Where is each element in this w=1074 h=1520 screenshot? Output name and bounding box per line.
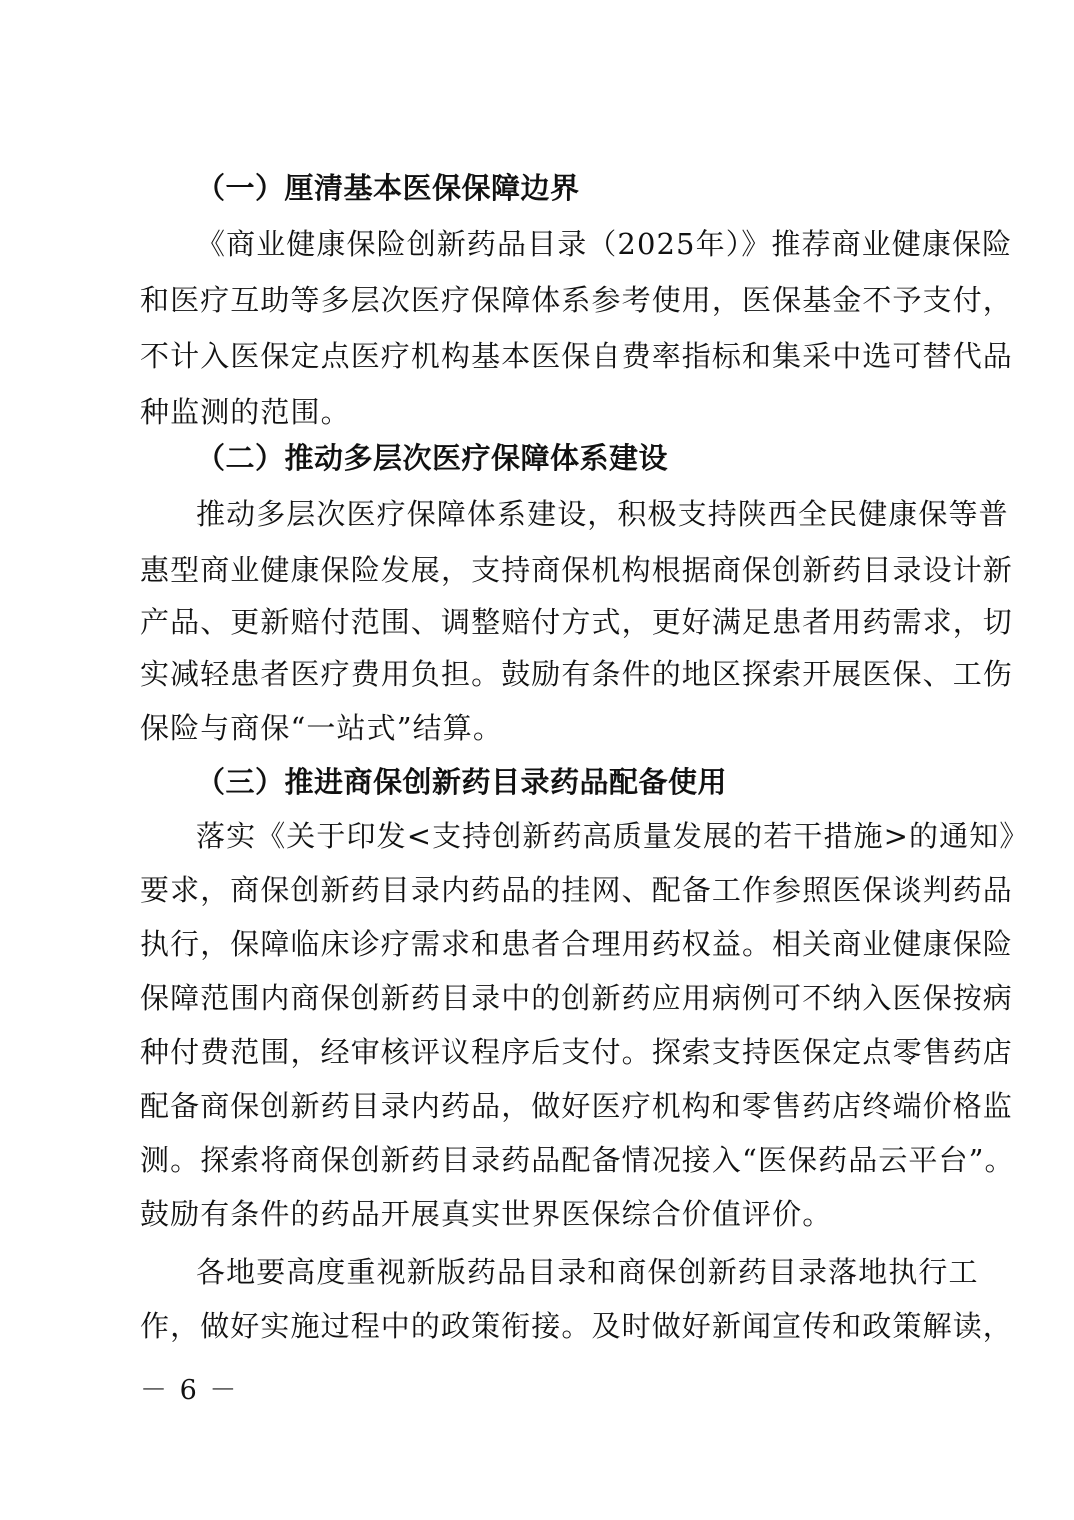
- section-heading-3: （三）推进商保创新药目录药品配备使用: [196, 760, 1006, 804]
- paragraph-line: 要求，商保创新药目录内药品的挂网、配备工作参照医保谈判药品: [140, 868, 950, 912]
- paragraph-line: 产品、更新赔付范围、调整赔付方式，更好满足患者用药需求，切: [140, 600, 950, 644]
- paragraph-line: 《商业健康保险创新药品目录（2025年）》推荐商业健康保险: [196, 222, 950, 266]
- paragraph-line: 种监测的范围。: [140, 390, 950, 434]
- paragraph-line: 惠型商业健康保险发展，支持商保机构根据商保创新药目录设计新: [140, 548, 950, 592]
- section-heading-1: （一）厘清基本医保保障边界: [196, 166, 1006, 210]
- paragraph-line: 各地要高度重视新版药品目录和商保创新药目录落地执行工: [196, 1250, 950, 1294]
- paragraph-line: 实减轻患者医疗费用负担。鼓励有条件的地区探索开展医保、工伤: [140, 652, 950, 696]
- paragraph-line: 推动多层次医疗保障体系建设，积极支持陕西全民健康保等普: [196, 492, 950, 536]
- paragraph-line: 执行，保障临床诊疗需求和患者合理用药权益。相关商业健康保险: [140, 922, 950, 966]
- paragraph-line: 配备商保创新药目录内药品，做好医疗机构和零售药店终端价格监: [140, 1084, 950, 1128]
- paragraph-line: 不计入医保定点医疗机构基本医保自费率指标和集采中选可替代品: [140, 334, 950, 378]
- paragraph-line: 鼓励有条件的药品开展真实世界医保综合价值评价。: [140, 1192, 950, 1236]
- paragraph-line: 落实《关于印发<支持创新药高质量发展的若干措施>的通知》: [196, 814, 950, 858]
- document-page: （一）厘清基本医保保障边界 《商业健康保险创新药品目录（2025年）》推荐商业健…: [0, 0, 1074, 1520]
- paragraph-line: 保险与商保“一站式”结算。: [140, 706, 950, 750]
- paragraph-line: 种付费范围，经审核评议程序后支付。探索支持医保定点零售药店: [140, 1030, 950, 1074]
- section-heading-2: （二）推动多层次医疗保障体系建设: [196, 436, 1006, 480]
- paragraph-line: 和医疗互助等多层次医疗保障体系参考使用，医保基金不予支付，: [140, 278, 950, 322]
- paragraph-line: 保障范围内商保创新药目录中的创新药应用病例可不纳入医保按病: [140, 976, 950, 1020]
- page-number: － 6 －: [140, 1373, 238, 1409]
- paragraph-line: 作，做好实施过程中的政策衔接。及时做好新闻宣传和政策解读，: [140, 1304, 950, 1348]
- paragraph-line: 测。探索将商保创新药目录药品配备情况接入“医保药品云平台”。: [140, 1138, 950, 1182]
